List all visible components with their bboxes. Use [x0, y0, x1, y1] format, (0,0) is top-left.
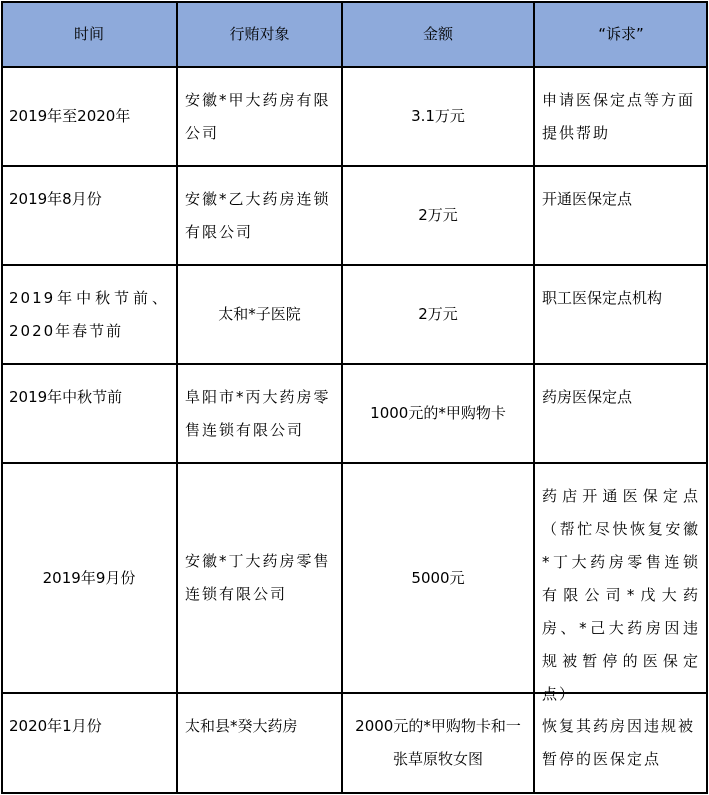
table-row-1-target: 安徽*甲大药房有限公司 [177, 67, 342, 166]
table-row-4-target: 阜阳市*丙大药房零售连锁有限公司 [177, 364, 342, 463]
header-cell-amount: 金额 [342, 1, 534, 67]
bribery-table: 时间 行贿对象 金额 “诉求” 2019年至2020年 安徽*甲大药房有限公司 … [0, 0, 709, 795]
grid-line [1, 66, 708, 68]
table-row-6-request: 恢复其药房因违规被暂停的医保定点 [534, 693, 708, 793]
header-cell-target: 行贿对象 [177, 1, 342, 67]
header-cell-request: “诉求” [534, 1, 708, 67]
grid-line [533, 1, 535, 794]
grid-line [1, 165, 708, 167]
grid-line [1, 363, 708, 365]
table-row-5-amount: 5000元 [342, 463, 534, 693]
table-row-4-amount: 1000元的*甲购物卡 [342, 364, 534, 463]
table-row-5-request: 药店开通医保定点（帮忙尽快恢复安徽*丁大药房零售连锁有限公司*戊大药房、*己大药… [534, 463, 708, 693]
header-label-amount: 金额 [342, 18, 534, 51]
table-row-1-amount: 3.1万元 [342, 67, 534, 166]
table-row-3-request: 职工医保定点机构 [534, 265, 708, 364]
table-row-2-time: 2019年8月份 [1, 166, 177, 265]
table-row-5-time: 2019年9月份 [1, 463, 177, 693]
table-row-6-target: 太和县*癸大药房 [177, 693, 342, 793]
table-row-4-request: 药房医保定点 [534, 364, 708, 463]
grid-line [1, 1, 708, 3]
grid-line [176, 1, 178, 794]
grid-line [1, 1, 3, 794]
header-cell-time: 时间 [1, 1, 177, 67]
table-row-4-time: 2019年中秋节前 [1, 364, 177, 463]
grid-line [1, 692, 708, 694]
grid-line [1, 462, 708, 464]
table-row-2-request: 开通医保定点 [534, 166, 708, 265]
table-row-2-amount: 2万元 [342, 166, 534, 265]
header-label-target: 行贿对象 [177, 18, 342, 51]
table-row-2-target: 安徽*乙大药房连锁有限公司 [177, 166, 342, 265]
grid-line [1, 792, 708, 794]
grid-line [706, 1, 708, 794]
table-row-6-amount: 2000元的*甲购物卡和一张草原牧女图 [342, 693, 534, 793]
table-row-1-time: 2019年至2020年 [1, 67, 177, 166]
header-label-request: “诉求” [534, 18, 708, 51]
table-row-3-amount: 2万元 [342, 265, 534, 364]
table-row-6-time: 2020年1月份 [1, 693, 177, 793]
grid-line [1, 264, 708, 266]
table-row-3-target: 太和*子医院 [177, 265, 342, 364]
table-row-5-target: 安徽*丁大药房零售连锁有限公司 [177, 463, 342, 693]
grid-line [341, 1, 343, 794]
table-row-3-time: 2019年中秋节前、2020年春节前 [1, 265, 177, 364]
header-label-time: 时间 [1, 18, 177, 51]
table-row-1-request: 申请医保定点等方面提供帮助 [534, 67, 708, 166]
